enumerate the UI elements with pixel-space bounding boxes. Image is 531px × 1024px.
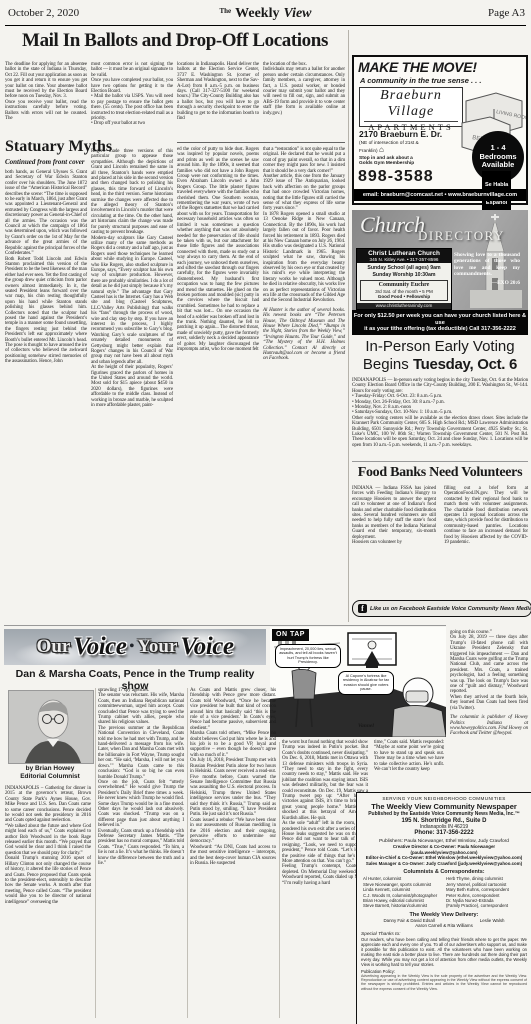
statuary-col4: that a “restoration” is not quite equal … xyxy=(263,147,345,362)
cartoon-speech-bubble-1: Impeachment, 20,000 lies, sexual assault… xyxy=(275,644,341,668)
howey-col3: As Coats and Mattis grew closer, his fri… xyxy=(190,688,276,866)
columnists-list: Al Hunter, columnist Herb Thyme, dining … xyxy=(363,876,525,908)
section-rule xyxy=(177,142,345,143)
masthead-phone[interactable]: Phone: 317-356-2222 xyxy=(361,830,527,836)
masthead-box: SERVING YOUR NEIGHBORHOOD COMMUNITIES Th… xyxy=(356,792,531,1024)
food-banks-col2: filling out a brief form at OperationFoo… xyxy=(444,486,528,545)
section-rule xyxy=(352,461,528,462)
food-banks-col1: INDIANA — Indiana FSSA has joined forces… xyxy=(352,486,436,545)
column-divider xyxy=(95,688,96,1018)
euchre-box: Community Euchre 3rd Sat. of the month •… xyxy=(360,280,448,301)
mail-ballots-col3: locations in Indianapolis. Hand deliver … xyxy=(177,62,259,121)
section-rule xyxy=(4,625,446,626)
brian-howey-photo xyxy=(8,690,94,764)
mail-ballots-headline: Mail In Ballots and Drop-Off Locations xyxy=(2,30,348,52)
editorial-cartoon: ON TAP Impeachment, 20,000 lies, sexual … xyxy=(270,627,446,737)
column-divider xyxy=(348,30,349,622)
masthead-editor: Editor-in-Chief & Co-Owner: Ethel Winslo… xyxy=(361,855,527,861)
cartoon-speech-bubble-2: Al Capone’s fortress like residency in A… xyxy=(338,671,394,695)
banner-voice2: Voice xyxy=(180,633,233,661)
church-name: Christ Lutheran Church xyxy=(357,249,451,257)
early-voting-headline1: In-Person Early Voting xyxy=(352,338,528,355)
church-website[interactable]: www.christlutheranindy.com xyxy=(357,303,451,309)
directory-promo-bar[interactable]: For only $12.50 per week you can have yo… xyxy=(352,310,528,335)
verse-reference: —EXO 20:6 xyxy=(454,280,520,286)
column-divider xyxy=(187,688,188,1018)
masthead-title: The Weekly View Community Newspaper xyxy=(361,802,527,811)
page-number: Page A3 xyxy=(488,7,525,19)
howey-col1: INDIANAPOLIS – Gathering for dinner in 2… xyxy=(5,786,91,905)
banner-our: Our xyxy=(37,636,71,658)
author-bio: Al Hunter is the author of several books… xyxy=(263,308,345,362)
ad-contact-bar[interactable]: email: braeburn@comcast.net • www.braebu… xyxy=(354,189,526,201)
continued-note: Continued from front cover xyxy=(5,158,85,166)
church-address: 345 N. Kitley Ave. • 317-357-8596 xyxy=(357,257,451,263)
ad-gym-note: Stop in and ask about a Golds Gym Member… xyxy=(359,156,421,167)
columnists-header: Columnists & Correspondents: xyxy=(361,869,527,875)
food-banks-headline: Food Banks Need Volunteers xyxy=(352,465,528,481)
cartoonist-signature: Vannel xyxy=(358,723,374,729)
header-rule xyxy=(5,25,526,26)
nameplate-weekly: Weekly xyxy=(235,6,279,21)
mail-ballots-col2: most common error is not signing the bal… xyxy=(91,62,173,127)
ad-phone[interactable]: 898-3588 xyxy=(358,168,434,186)
statuary-col2: Rogers made three versions of this parti… xyxy=(91,149,173,409)
banner-voice1: Voice xyxy=(73,633,126,661)
statuary-col4-text: that a “restoration” is not quite equal … xyxy=(263,147,345,304)
early-voting-headline2: Begins Tuesday, Oct. 6 xyxy=(352,356,528,373)
newspaper-nameplate: The Weekly View xyxy=(0,4,531,22)
ad-address-note: (NE of intersection of 21st & Franklin) … xyxy=(359,141,425,154)
howey-col6: going on this course.” On July 28, 2019 … xyxy=(450,630,528,737)
church-service2: Sunday Worship 10:30am xyxy=(357,272,451,278)
scripture-verse: Showing love to a thousand generations o… xyxy=(454,252,520,286)
church-directory-ad[interactable]: Church DIRECTORY Christ Lutheran Church … xyxy=(352,210,528,332)
delivery-row2: Aaron Carnell & Rita Williams xyxy=(361,923,527,928)
column-divider xyxy=(279,742,280,1018)
facebook-icon: f xyxy=(358,604,367,613)
masthead-tagline: SERVING YOUR NEIGHBORHOOD COMMUNITIES xyxy=(361,796,527,801)
mail-ballots-col1: The deadline for applying for an absente… xyxy=(5,62,87,121)
church-script-title: Church xyxy=(360,212,425,238)
statuary-col3: ed the color of putty to hide dust. Roge… xyxy=(177,147,259,352)
howey-col2: sprawling 17 spy agencies. The senator w… xyxy=(98,688,184,866)
our-voice-banner: Our Voice • Your Voice xyxy=(4,629,266,665)
braeburn-logo: Braeburn Village APARTMENTS xyxy=(359,87,463,127)
howey-col5: time,” Coats said. Mattis responded: “Ma… xyxy=(374,740,444,772)
logo-script: Braeburn Village xyxy=(360,88,462,120)
masthead-creative: Creative Director & Co-Owner: Paula Nice… xyxy=(361,844,527,855)
columnist-byline: by Brian Howey Editorial Columnist xyxy=(8,765,92,780)
facebook-banner-text: Like us on Facebook Eastside Voice Commu… xyxy=(370,606,531,612)
banner-bullet: • xyxy=(129,639,134,655)
masthead-publisher: Published by the Eastside Voice Communit… xyxy=(361,811,527,817)
early-voting-body: INDIANAPOLIS — In-person early voting be… xyxy=(352,378,528,448)
ad-address: 2170 Braeburn E. Dr. xyxy=(359,129,442,139)
policy-text: Advertising appearing in the Weekly View… xyxy=(361,974,527,991)
nameplate-view: View xyxy=(284,6,312,21)
ad-title: MAKE THE MOVE! xyxy=(358,59,477,75)
newspaper-page: October 2, 2020 The Weekly View Page A3 … xyxy=(0,0,531,1024)
thanks-text: Our readers, who have been calling and t… xyxy=(361,937,527,967)
mail-ballots-col4: the location of the box. Individuals may… xyxy=(263,62,345,116)
house-icon: ⌂ xyxy=(379,145,384,154)
columnist: (Family Practice), correspondent xyxy=(446,903,525,908)
columnist-tagline: The columnist is publisher of Howey Poli… xyxy=(450,715,528,737)
church-service1: Sunday School (all ages) 9am xyxy=(357,265,451,271)
banner-your: Your xyxy=(137,636,177,658)
masthead-sales: Sales Manager & Co-Owner: Judy Crawford … xyxy=(361,861,527,867)
directory-title: DIRECTORY xyxy=(418,228,505,244)
columnist: Steve Barnett, historian/columnist xyxy=(363,903,442,908)
nameplate-the: The xyxy=(219,7,231,15)
braeburn-village-ad[interactable]: MAKE THE MOVE! A community in the true s… xyxy=(352,55,528,205)
church-listing: Christ Lutheran Church 345 N. Kitley Ave… xyxy=(356,248,452,310)
statuary-col1: both hands, as General Ulysses S. Grant … xyxy=(5,170,87,365)
cartoon-title: ON TAP xyxy=(272,629,309,641)
facebook-banner[interactable]: f Like us on Facebook Eastside Voice Com… xyxy=(352,600,531,617)
